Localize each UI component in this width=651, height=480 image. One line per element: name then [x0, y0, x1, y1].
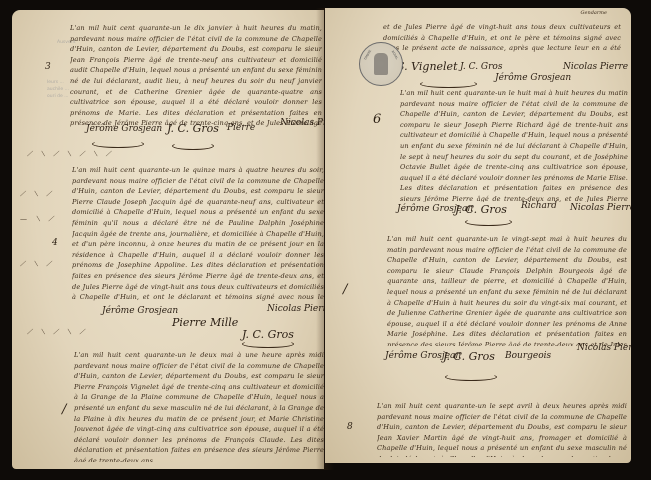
signature: J. C. Gros	[460, 62, 502, 72]
signature: Bourgeois	[505, 351, 551, 361]
corner-annotation: Gendarme	[581, 10, 607, 16]
signature: J. C. Gros	[167, 122, 219, 135]
signature: Nicolas Pierre	[563, 62, 628, 72]
stamp-figure-icon	[374, 53, 388, 75]
struck-margin-marks: — ⟍ ⟋	[20, 215, 56, 224]
birth-act-entry: L'an mil huit cent quarante-un le dix ja…	[70, 23, 322, 129]
signature: Jérôme Grosjean	[495, 73, 571, 83]
struck-margin-marks: ⟋ ⟍ ⟋	[20, 260, 54, 269]
entry-number: 4	[52, 238, 58, 248]
entry-number: /	[343, 282, 347, 297]
struck-margin-marks: ⟋ ⟍ ⟋ ⟍ ⟋ ⟍ ⟋	[27, 150, 114, 159]
signature: J. C. Gros	[443, 350, 495, 363]
signature: Nicolas Pierre	[280, 118, 324, 128]
birth-act-entry: L'an mil huit cent quarante-un le vingt-…	[387, 234, 627, 346]
signature: Pierre	[227, 123, 255, 133]
bleed-through-text: auchile ...	[47, 87, 69, 93]
signature-flourish	[420, 80, 477, 88]
birth-act-entry: L'an mil huit cent quarante-un le quinze…	[72, 165, 324, 303]
struck-margin-marks: ⟋ ⟍ ⟋	[20, 190, 54, 199]
birth-act-entry: L'an mil huit cent quarante-un le deux m…	[74, 350, 324, 462]
signature: Nicolas Pierre	[577, 343, 631, 353]
signature-flourish	[242, 340, 294, 348]
signature: Jérôme Grosjean	[102, 306, 178, 316]
signature: Richard	[521, 201, 557, 211]
birth-act-continuation: et de Jules Pierre âgé de vingt-huit ans…	[383, 22, 621, 58]
stamp-text-left: TIMBRE	[363, 49, 372, 61]
signature: J. C. Gros	[455, 203, 507, 216]
signature: S. Vignelet	[397, 60, 458, 73]
signature-flourish	[445, 373, 497, 381]
signature: Pierre Mille	[172, 316, 238, 329]
birth-act-entry: L'an mil huit cent quarante-un le sept a…	[377, 401, 627, 457]
bleed-through-text: ouri de ...	[47, 94, 68, 100]
tax-stamp: TIMBRE ROYAL	[359, 42, 403, 86]
bleed-through-text: leurs ...	[47, 80, 64, 86]
signature-flourish	[465, 218, 512, 226]
entry-number: 8	[347, 422, 353, 432]
signature: Jérôme Grosjean	[86, 124, 162, 134]
stamp-text-right: ROYAL	[391, 50, 399, 60]
entry-number: 3	[45, 62, 51, 72]
entry-number: 6	[373, 112, 381, 127]
struck-margin-marks: ⟋ ⟍ ⟋ ⟍ ⟋	[27, 328, 87, 337]
left-page: Ausverit leurs ... auchile ... ouri de .…	[12, 10, 324, 469]
signature: Nicolas Pierre	[267, 304, 324, 314]
birth-act-entry: L'an mil huit cent quarante-un le huit m…	[400, 88, 628, 202]
entry-number: /	[62, 402, 66, 417]
signature-flourish	[172, 142, 214, 150]
signature-flourish	[92, 140, 144, 148]
signature: Nicolas Pierre	[570, 203, 631, 213]
